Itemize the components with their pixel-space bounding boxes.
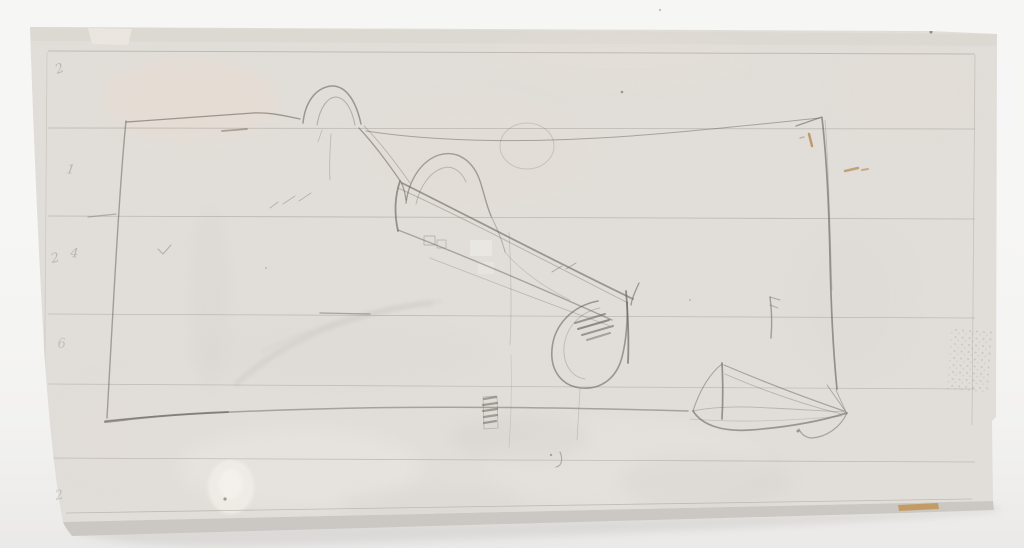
paper-grain [0, 0, 1024, 548]
margin-numeral: 4 [69, 246, 79, 262]
artwork-photo-svg: 2 1 2 4 6 2 [0, 0, 1024, 548]
speck [265, 267, 267, 269]
speck [689, 299, 691, 301]
panel-texture [0, 0, 1024, 548]
margin-numeral: 6 [57, 336, 67, 352]
ochre-fleck [862, 169, 868, 170]
sketch-boat-mast [722, 363, 723, 419]
speck [621, 91, 624, 94]
backdrop-speck [659, 9, 661, 11]
ochre-fleck [800, 137, 804, 138]
speck [550, 454, 552, 456]
artwork-photo: 2 1 2 4 6 2 [0, 0, 1024, 548]
speck [797, 430, 800, 433]
